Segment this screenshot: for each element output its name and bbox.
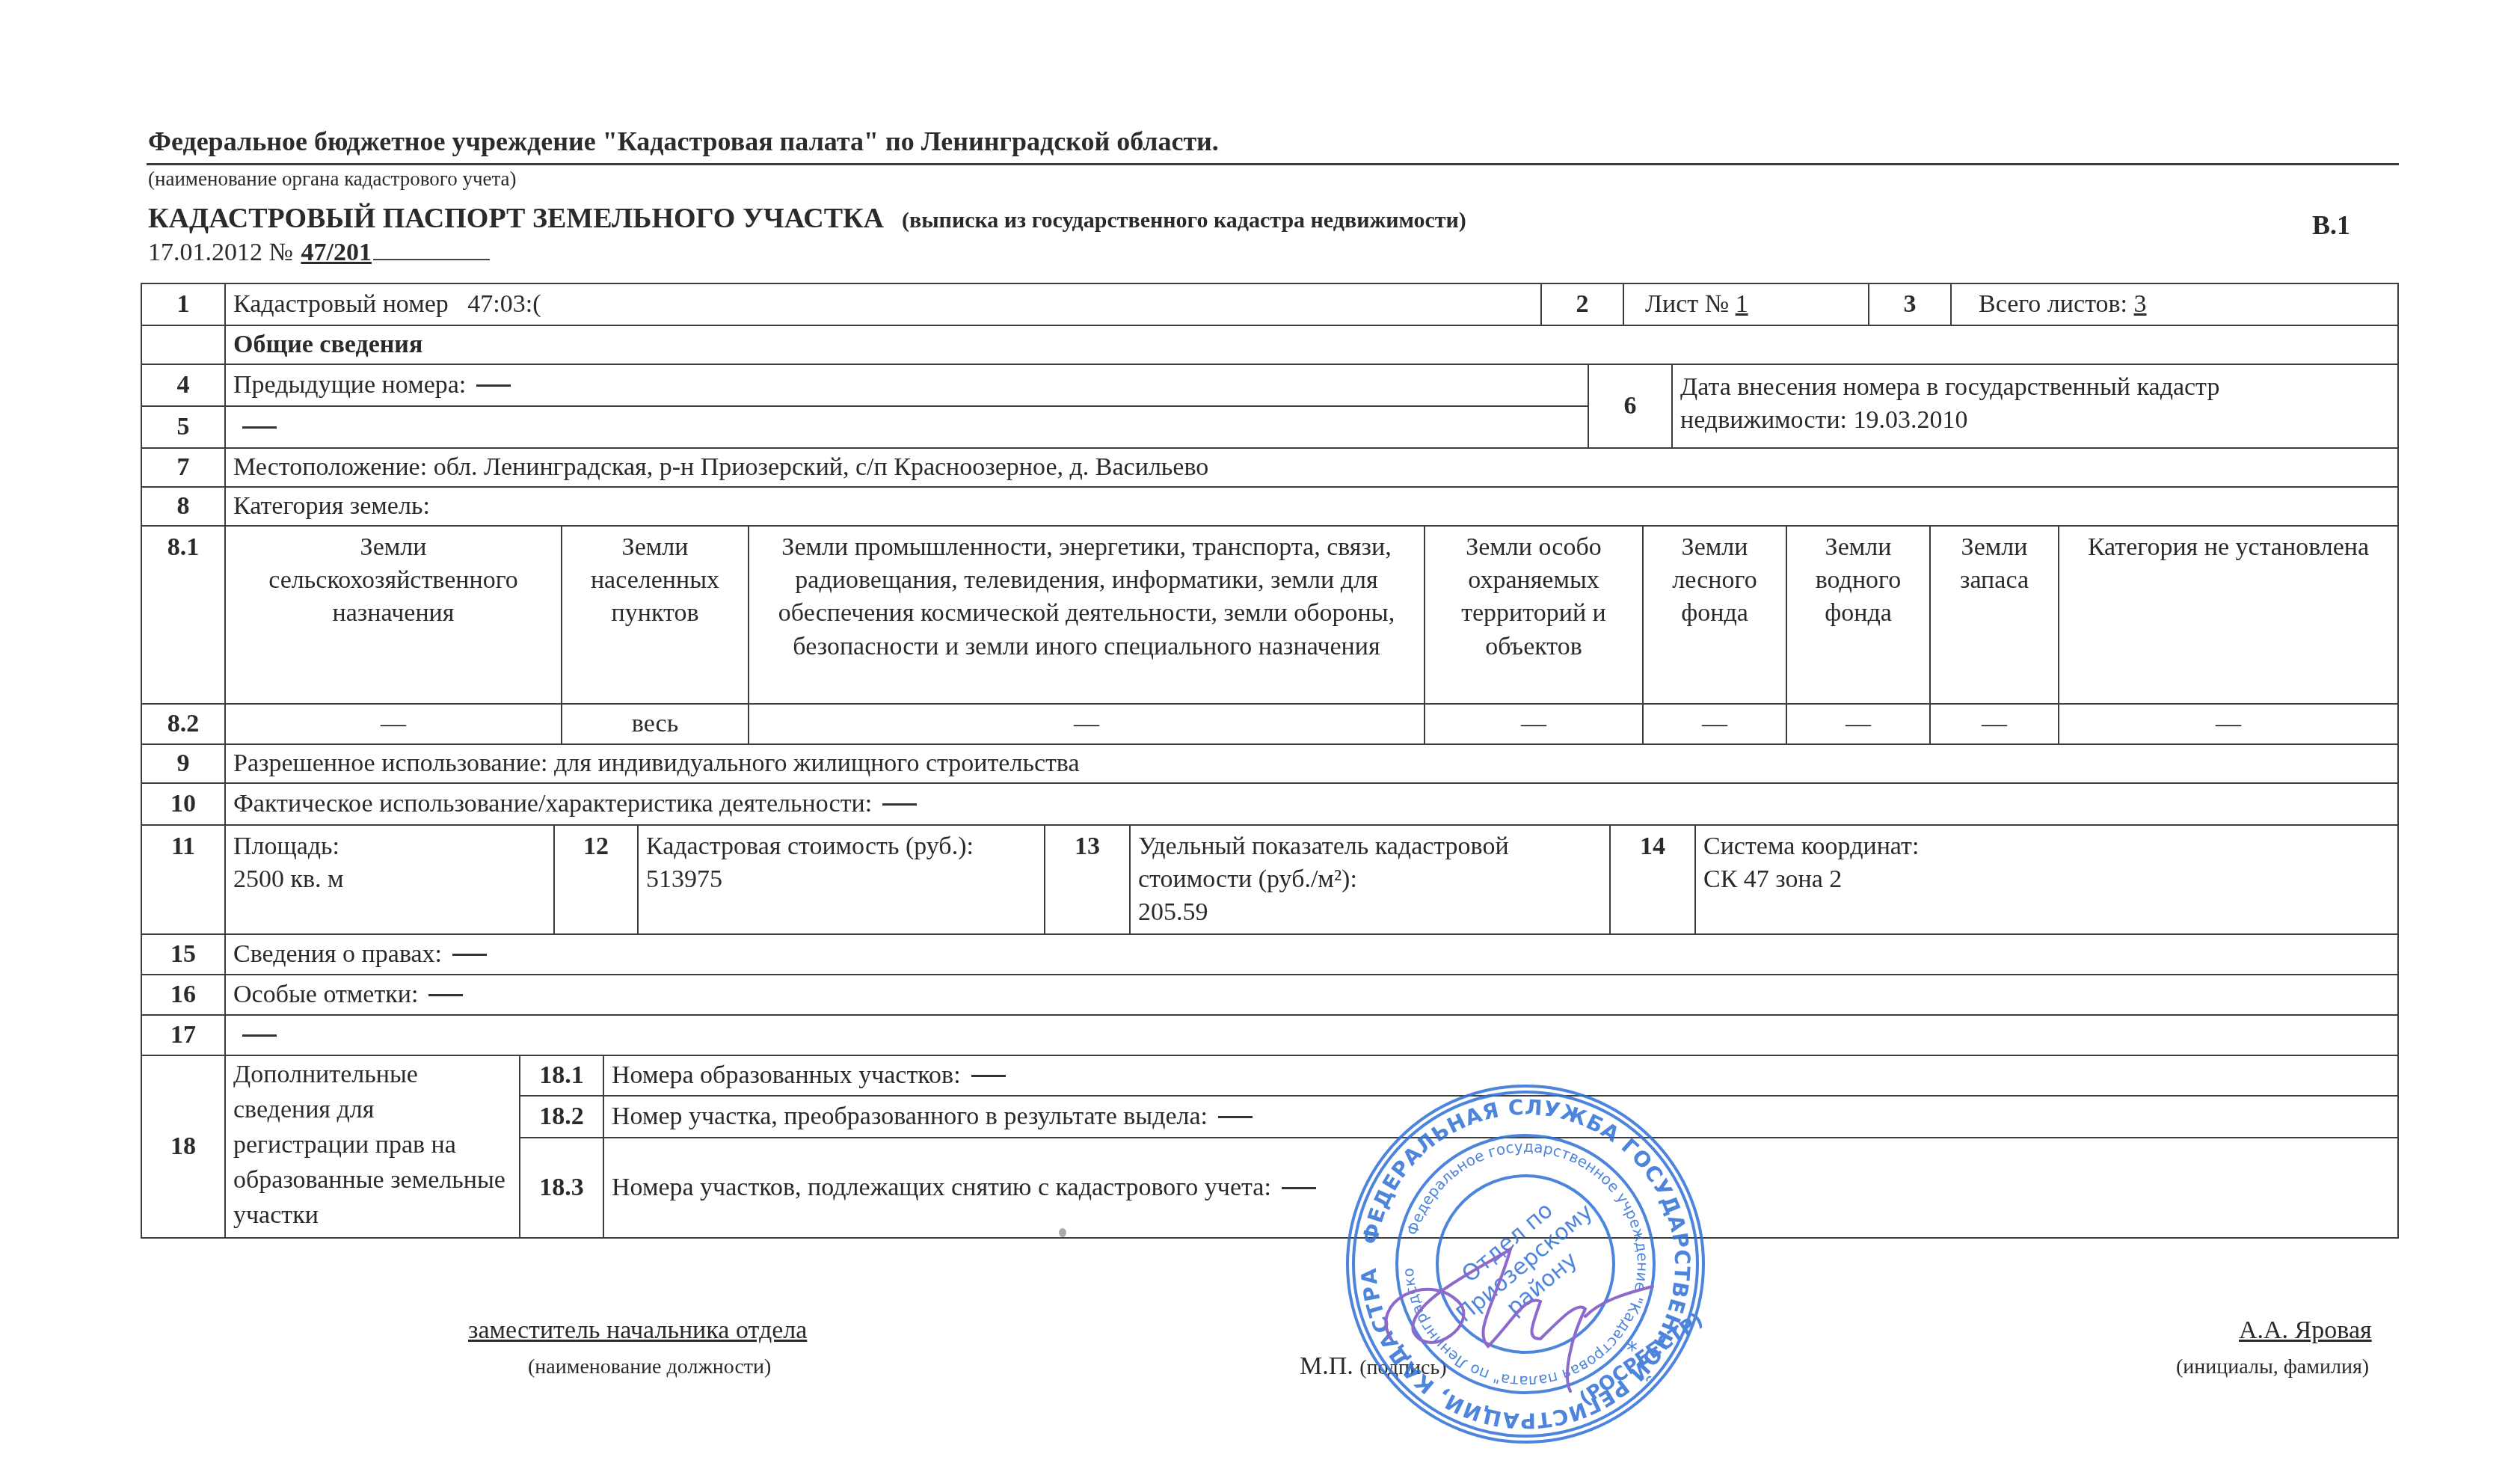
specific-value-amount: 205.59 bbox=[1138, 896, 1602, 929]
permitted-use-value: для индивидуального жилищного строительс… bbox=[554, 747, 1080, 780]
cadastral-number-label: Кадастровый номер bbox=[233, 288, 449, 321]
actual-use-dash bbox=[882, 803, 917, 806]
land-category-header-agricultural: Земли сельскохозяйственного назначения bbox=[224, 525, 562, 705]
row-6-number: 6 bbox=[1588, 364, 1673, 449]
rights-info-label: Сведения о правах: bbox=[233, 938, 442, 971]
general-section-heading: Общие сведения bbox=[224, 325, 2399, 365]
land-category-value-settlements: весь bbox=[561, 703, 749, 745]
coordinate-system-label: Система координат: bbox=[1703, 830, 2390, 863]
paper-mark bbox=[1059, 1228, 1066, 1237]
total-sheets-cell: Всего листов: 3 bbox=[1950, 283, 2399, 326]
cadastral-value-amount: 513975 bbox=[646, 863, 1036, 896]
land-category-header-settlements: Земли населенных пунктов bbox=[561, 525, 749, 705]
row-13-number: 13 bbox=[1044, 824, 1131, 935]
signer-position-caption: (наименование должности) bbox=[528, 1355, 771, 1379]
stamp-seal-icon: ФЕДЕРАЛЬНАЯ СЛУЖБА ГОСУДАРСТВЕННОЙ РЕГИС… bbox=[1339, 1077, 1712, 1451]
area-label: Площадь: bbox=[233, 830, 546, 863]
land-category-header-protected: Земли особо охраняемых территорий и объе… bbox=[1424, 525, 1644, 705]
row-5-cell bbox=[224, 405, 1589, 449]
sheet-number-cell: Лист № 1 bbox=[1623, 283, 1869, 326]
land-category-header-industrial: Земли промышленности, энергетики, трансп… bbox=[748, 525, 1425, 705]
sheet-number-label: Лист № bbox=[1645, 288, 1729, 321]
total-sheets-value: 3 bbox=[2134, 288, 2147, 321]
general-number-empty bbox=[141, 325, 226, 365]
organization-name: Федеральное бюджетное учреждение "Кадаст… bbox=[148, 126, 1219, 157]
land-category-value-forest: — bbox=[1642, 703, 1787, 745]
row-18-number: 18 bbox=[141, 1055, 226, 1239]
document-title-text: КАДАСТРОВЫЙ ПАСПОРТ ЗЕМЕЛЬНОГО УЧАСТКА bbox=[148, 203, 884, 234]
number-blank-line bbox=[373, 238, 490, 260]
registration-date-value: 19.03.2010 bbox=[1854, 406, 1968, 434]
row-17-number: 17 bbox=[141, 1014, 226, 1056]
deregistered-plots-dash bbox=[1282, 1187, 1316, 1189]
row-12-number: 12 bbox=[553, 824, 639, 935]
signer-name-caption: (инициалы, фамилия) bbox=[2176, 1355, 2369, 1379]
land-category-header-reserve: Земли запаса bbox=[1929, 525, 2059, 705]
row-17-cell bbox=[224, 1014, 2399, 1056]
land-category-header-unspecified: Категория не установлена bbox=[2058, 525, 2399, 705]
row-10-number: 10 bbox=[141, 782, 226, 826]
transformed-plot-dash bbox=[1218, 1116, 1253, 1118]
previous-numbers-cell: Предыдущие номера: bbox=[224, 364, 1589, 407]
registration-date-cell: Дата внесения номера в государственный к… bbox=[1671, 364, 2399, 449]
land-category-value-reserve: — bbox=[1929, 703, 2059, 745]
specific-value-label: Удельный показатель кадастровой стоимост… bbox=[1138, 830, 1602, 896]
sheet-number-value: 1 bbox=[1736, 288, 1748, 321]
document-number: 47/201 bbox=[299, 234, 372, 271]
area-value: 2500 кв. м bbox=[233, 863, 546, 896]
coordinate-system-value: СК 47 зона 2 bbox=[1703, 863, 2390, 896]
row-3-number: 3 bbox=[1868, 283, 1952, 326]
land-category-value-agricultural: — bbox=[224, 703, 562, 745]
cadastral-number-value: 47:03:( bbox=[467, 288, 541, 321]
row-15-number: 15 bbox=[141, 933, 226, 975]
location-label: Местоположение: bbox=[233, 451, 427, 484]
specific-value-cell: Удельный показатель кадастровой стоимост… bbox=[1129, 824, 1611, 935]
row-17-dash bbox=[242, 1034, 277, 1037]
row-18-2-number: 18.2 bbox=[519, 1095, 604, 1138]
deregistered-plots-label: Номера участков, подлежащих снятию с кад… bbox=[612, 1171, 1271, 1204]
signer-position: заместитель начальника отдела bbox=[468, 1316, 807, 1345]
location-cell: Местоположение: обл. Ленинградская, р-н … bbox=[224, 447, 2399, 488]
cadastral-passport-table: 1 Кадастровый номер 47:03:( 2 Лист № 1 3… bbox=[141, 283, 2399, 1239]
cadastral-value-label: Кадастровая стоимость (руб.): bbox=[646, 830, 1036, 863]
rights-info-dash bbox=[452, 954, 487, 956]
row-7-number: 7 bbox=[141, 447, 226, 488]
svg-text:*: * bbox=[1626, 1337, 1638, 1364]
row-4-number: 4 bbox=[141, 364, 226, 407]
row-5-dash bbox=[242, 426, 277, 429]
official-stamp: ФЕДЕРАЛЬНАЯ СЛУЖБА ГОСУДАРСТВЕННОЙ РЕГИС… bbox=[1339, 1077, 1712, 1451]
row-9-number: 9 bbox=[141, 743, 226, 784]
row-14-number: 14 bbox=[1609, 824, 1696, 935]
special-notes-label: Особые отметки: bbox=[233, 978, 418, 1011]
land-category-header-forest: Земли лесного фонда bbox=[1642, 525, 1787, 705]
row-1-number: 1 bbox=[141, 283, 226, 326]
location-value: обл. Ленинградская, р-н Приозерский, с/п… bbox=[434, 451, 1209, 484]
land-category-value-unspecified: — bbox=[2058, 703, 2399, 745]
actual-use-cell: Фактическое использование/характеристика… bbox=[224, 782, 2399, 826]
formed-plots-dash bbox=[971, 1075, 1006, 1077]
organization-underline bbox=[147, 163, 2399, 165]
permitted-use-label: Разрешенное использование: bbox=[233, 747, 548, 780]
document-subtitle: (выписка из государственного кадастра не… bbox=[902, 208, 1466, 233]
row-8-2-number: 8.2 bbox=[141, 703, 226, 745]
special-notes-dash bbox=[428, 994, 463, 996]
land-category-value-water: — bbox=[1786, 703, 1931, 745]
document-date: 17.01.2012 bbox=[148, 239, 262, 266]
row-18-1-number: 18.1 bbox=[519, 1055, 604, 1097]
row-11-number: 11 bbox=[141, 824, 226, 935]
land-category-header-water: Земли водного фонда bbox=[1786, 525, 1931, 705]
special-notes-cell: Особые отметки: bbox=[224, 974, 2399, 1016]
number-prefix: № bbox=[269, 239, 293, 266]
total-sheets-label: Всего листов: bbox=[1979, 288, 2127, 321]
land-category-value-industrial: — bbox=[748, 703, 1425, 745]
actual-use-label: Фактическое использование/характеристика… bbox=[233, 788, 872, 821]
permitted-use-cell: Разрешенное использование: для индивидуа… bbox=[224, 743, 2399, 784]
row-5-number: 5 bbox=[141, 405, 226, 449]
rights-info-cell: Сведения о правах: bbox=[224, 933, 2399, 975]
signer-name: А.А. Яровая bbox=[2239, 1316, 2372, 1345]
row-8-number: 8 bbox=[141, 486, 226, 527]
formed-plots-label: Номера образованных участков: bbox=[612, 1059, 961, 1092]
organization-caption: (наименование органа кадастрового учета) bbox=[148, 168, 517, 191]
coordinate-system-cell: Система координат: СК 47 зона 2 bbox=[1694, 824, 2399, 935]
row-18-3-number: 18.3 bbox=[519, 1137, 604, 1239]
previous-numbers-dash bbox=[476, 384, 511, 387]
row-8-1-number: 8.1 bbox=[141, 525, 226, 705]
land-category-value-protected: — bbox=[1424, 703, 1644, 745]
document-title: КАДАСТРОВЫЙ ПАСПОРТ ЗЕМЕЛЬНОГО УЧАСТКА(в… bbox=[148, 202, 1466, 235]
additional-info-label: Дополнительные сведения для регистрации … bbox=[224, 1055, 520, 1239]
row-16-number: 16 bbox=[141, 974, 226, 1016]
area-cell: Площадь: 2500 кв. м bbox=[224, 824, 555, 935]
land-category-heading: Категория земель: bbox=[224, 486, 2399, 527]
row-2-number: 2 bbox=[1540, 283, 1624, 326]
previous-numbers-label: Предыдущие номера: bbox=[233, 369, 466, 402]
form-code: В.1 bbox=[2312, 209, 2350, 241]
cadastral-value-cell: Кадастровая стоимость (руб.): 513975 bbox=[637, 824, 1045, 935]
document-date-number: 17.01.2012 № 47/201 bbox=[148, 238, 490, 267]
transformed-plot-label: Номер участка, преобразованного в резуль… bbox=[612, 1100, 1208, 1133]
cadastral-number-cell: Кадастровый номер 47:03:( bbox=[224, 283, 1542, 326]
